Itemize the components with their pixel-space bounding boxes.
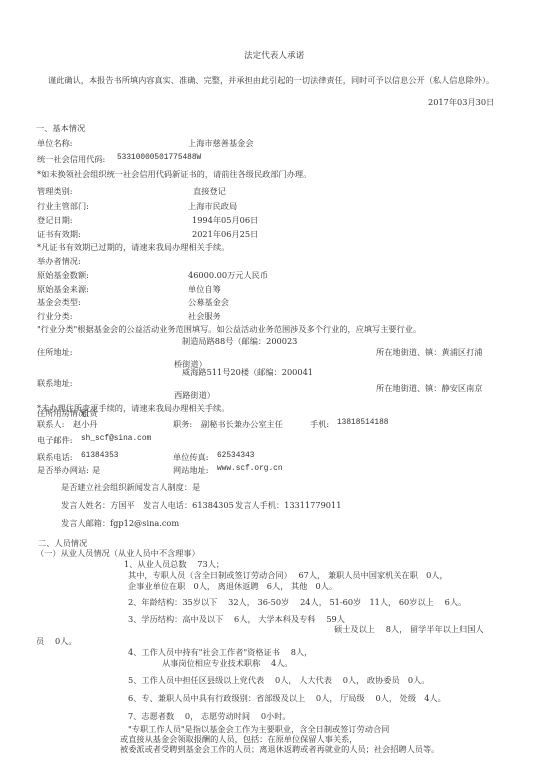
website-flag-value: 是 [92, 466, 100, 474]
staff-total: 1、从业人员总数 73人； [124, 560, 224, 568]
age-structure: 2、年龄结构：35岁以下 32人， 36-50岁 24人， 51-60岁 11人… [128, 598, 466, 606]
pledge-date: 2017年03月30日 [428, 98, 494, 106]
note-line-1: "专职工作人员"是指以基金会工作为主要职业，含全日制或签订劳动合同 [128, 725, 389, 733]
fund-amount-value: 46000.00万元人民币 [188, 271, 268, 279]
mobile-value: 13818514188 [337, 420, 388, 428]
housing-value: 租赁 [81, 409, 97, 417]
phone-label: 联系电话: [37, 453, 73, 461]
contact-person-label: 联系人: [37, 420, 64, 428]
education-structure-3: 员 0人。 [36, 637, 77, 645]
industry-label: 行业分类: [37, 312, 73, 320]
foundation-type-value: 公募基金会 [188, 298, 229, 306]
education-structure: 3、学历结构：高中及以下 6人， 大学本科及专科 59人 [128, 615, 345, 623]
website-label: 网站地址: [173, 466, 209, 474]
reg-date-label: 登记日期: [37, 216, 73, 224]
email-label: 电子邮件: [37, 436, 73, 444]
cert-valid-label: 证书有效期: [37, 230, 81, 238]
education-structure-2: 硕士及以上 8人， 留学半年以上归国人 [334, 625, 484, 633]
note-line-3: 被委派或者受聘到基金会工作的人员；离退休返聘或者再就业的人员；社会招聘人员等。 [120, 745, 439, 753]
residence-line1: 制造局路88号（邮编：200023 [182, 337, 297, 345]
spokesman-mobile: 发言人手机：13311779011 [235, 501, 341, 509]
fund-source-label: 原始基金来源: [37, 285, 89, 293]
fund-source-value: 单位自筹 [188, 285, 221, 293]
fund-amount-label: 原始基金数额: [37, 271, 89, 279]
document-title: 法定代表人承诺 [244, 52, 304, 61]
political-reps: 5、工作人员中担任区县级以上党代表 0人， 人大代表 0人， 政协委员 0人。 [128, 676, 429, 684]
section2-subheading: （一）从业人员情况（从业人员中不含理事） [36, 549, 200, 557]
industry-note: "行业分类"根据基金会的公益活动业务范围填写。如公益活动业务范围涉及多个行业的，… [37, 325, 421, 333]
contact-addr-street: 所在地街道、镇：静安区南京 [376, 384, 482, 392]
mobile-label: 手机: [310, 420, 329, 428]
professional-title: 从事岗位相应专业技术职称 4人。 [162, 659, 293, 667]
contact-addr-label: 联系地址: [37, 379, 73, 387]
credit-code-label: 统一社会信用代码: [37, 155, 105, 163]
foundation-type-label: 基金会类型: [37, 298, 81, 306]
email-value: sh_scf@sina.com [81, 436, 151, 444]
website-link[interactable]: www.scf.org.cn [217, 466, 283, 474]
contact-person-value: 赵小丹 [73, 420, 98, 428]
spokesman-system: 是否建立社会组织新闻发言人制度：是 [61, 483, 200, 491]
mgmt-type-label: 管理类别: [37, 187, 73, 195]
mgmt-type-value: 直接登记 [193, 187, 226, 195]
industry-value: 社会服务 [188, 312, 221, 320]
spokesman-name: 发言人姓名：方国平 [61, 501, 135, 509]
social-worker-cert: 4、工作人员中持有"社会工作者"资格证书 8人， [128, 648, 312, 656]
section1-heading: 一、基本情况 [36, 124, 85, 132]
pledge-text: 谨此确认，本报告书所填内容真实、准确、完整，并承担由此引起的一切法律责任，同时可… [48, 76, 494, 84]
staff-breakdown-2: 企事业单位在职 0人， 离退休返聘 6人， 其他 0人。 [128, 582, 337, 590]
cert-note: *凡证书有效期已过期的，请速来我局办理相关手续。 [37, 243, 229, 251]
website-flag-label: 是否举办网站: [37, 466, 89, 474]
authority-value: 上海市民政局 [188, 202, 237, 210]
spokesman-email: 发言人邮箱：fgp12@sina.com [61, 519, 179, 527]
staff-breakdown-1: 其中，专职人员（含全日制或签订劳动合同） 67人， 兼职人员中国家机关在职 0人… [128, 571, 448, 579]
unit-name-value: 上海市慈善基金会 [188, 139, 254, 147]
residence-label: 住所地址: [37, 348, 73, 356]
spokesman-phone: 发言人电话：61384305 [143, 501, 234, 509]
phone-value: 61384353 [81, 453, 118, 461]
position-value: 副秘书长兼办公室主任 [201, 420, 283, 428]
fax-value: 62534343 [217, 453, 254, 461]
fax-label: 单位传真: [173, 453, 209, 461]
cert-valid-value: 2021年06月25日 [192, 230, 258, 238]
contact-addr-line1: 威海路511号20楼（邮编：200041 [182, 368, 313, 376]
reg-date-value: 1994年05月06日 [192, 216, 258, 224]
admin-level: 6、专、兼职人员中具有行政级别：省部级及以上 0人， 厅局级 0人， 处级 4人… [128, 694, 446, 702]
section2-heading: 二、人员情况 [38, 539, 87, 547]
note-line-2: 或直接从基金会领取报酬的人员，包括：在原单位保留人事关系， [120, 735, 357, 743]
residence-street: 所在地街道、镇：黄浦区打浦 [376, 348, 482, 356]
credit-code-note: *如未换领社会组织统一社会信用代码新证书的，请前往各级民政部门办理。 [37, 170, 311, 178]
contact-addr-line2: 西路街道） [174, 391, 215, 399]
position-label: 职务: [173, 420, 192, 428]
organizer-label: 举办者情况: [37, 257, 81, 265]
credit-code-value: 53310000501775488W [117, 155, 201, 163]
authority-label: 行业主管部门: [37, 202, 89, 210]
unit-name-label: 单位名称: [37, 139, 73, 147]
volunteers: 7、志愿者数 0， 志愿劳动时间 0小时。 [128, 712, 291, 720]
